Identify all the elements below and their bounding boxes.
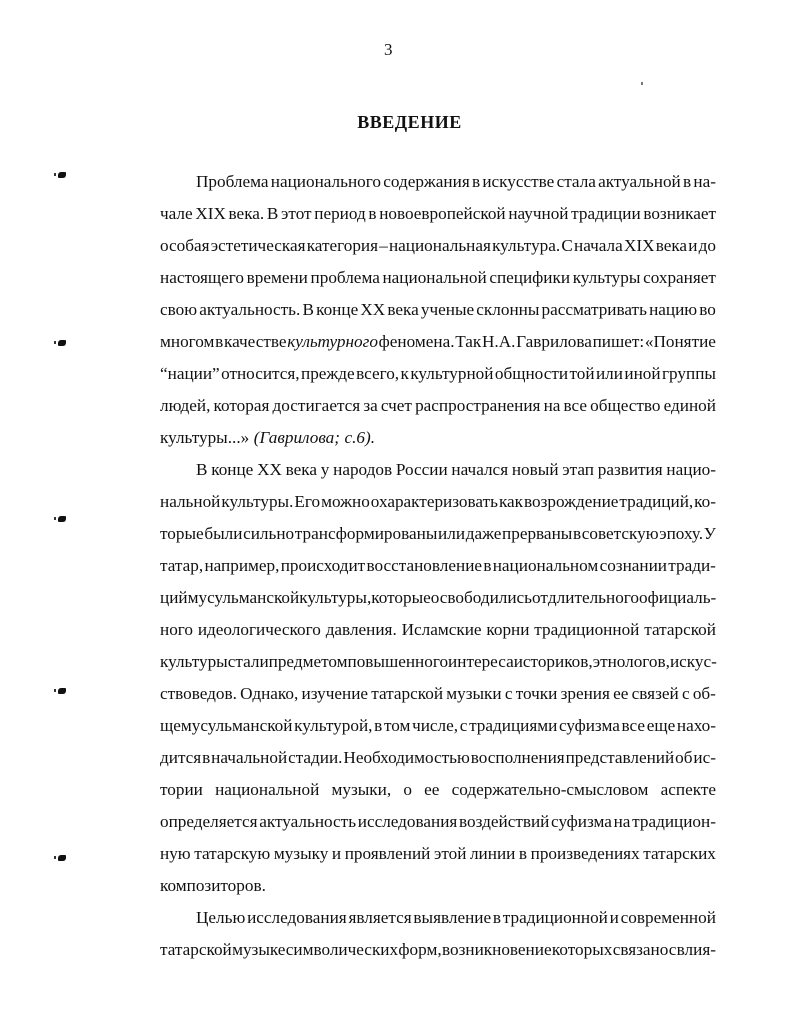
word: XX (257, 454, 282, 486)
word: в (368, 198, 376, 230)
word: специфики (489, 262, 570, 294)
word: национальной (382, 262, 486, 294)
word: возрождение (524, 486, 618, 518)
word: склонны (476, 294, 539, 326)
word: национальная (389, 230, 491, 262)
word: общество (590, 390, 660, 422)
word: достигается (273, 390, 361, 422)
word: стала (557, 166, 596, 198)
word: чале (160, 198, 193, 230)
word: времени (247, 262, 308, 294)
word: торые (160, 518, 204, 550)
margin-scan-mark (58, 172, 66, 178)
text-line: культуры...»(Гаврилова;с.6). (160, 422, 716, 454)
word: ций (160, 582, 188, 614)
word: связей (632, 678, 679, 710)
word: связано (613, 934, 669, 966)
word: традиции (571, 198, 640, 230)
text-line: нуютатарскуюмузыкуипроявленийэтойлиниивп… (160, 838, 716, 870)
word: начался (451, 454, 508, 486)
word: об (675, 742, 692, 774)
word: конце (316, 294, 358, 326)
word: сознании (600, 550, 667, 582)
word: рассматривать (542, 294, 647, 326)
word: в (683, 166, 691, 198)
word: с (682, 678, 690, 710)
word: – (379, 230, 388, 262)
word: даже (466, 518, 502, 550)
word: исследования (358, 806, 458, 838)
word: той (569, 358, 594, 390)
word: распространения (415, 390, 540, 422)
word: в (215, 326, 223, 358)
word: Проблема (196, 166, 269, 198)
word: культурой, (294, 710, 372, 742)
word: группы (662, 358, 716, 390)
text-line: циймусульманскойкультуры,которыеосвободи… (160, 582, 716, 614)
word: Н.А. (482, 326, 515, 358)
word: этап (562, 454, 594, 486)
word: свою (160, 294, 197, 326)
text-line: определяетсяактуальностьисследованиявозд… (160, 806, 716, 838)
word: искус- (670, 646, 717, 678)
word: культуры (160, 646, 228, 678)
word: века. (229, 198, 265, 230)
word: с (505, 678, 513, 710)
word: XIX (624, 230, 655, 262)
word: за (363, 390, 377, 422)
word: XIX (195, 198, 226, 230)
word: национальной (215, 774, 319, 806)
word: происходит (281, 550, 365, 582)
word: изучение (302, 678, 369, 710)
margin-scan-mark (58, 516, 66, 522)
word: в (493, 902, 501, 934)
text-line: татарскоймузыкесимволическихформ,возникн… (160, 934, 716, 966)
word: людей, (160, 390, 210, 422)
text-line: культурысталипредметомповышенногоинтерес… (160, 646, 716, 678)
word: возникает (643, 198, 716, 230)
word: нацио- (666, 454, 716, 486)
italic-word: с.6). (345, 422, 376, 454)
word: ис- (693, 742, 716, 774)
word: у (321, 454, 330, 486)
word: качестве (224, 326, 287, 358)
word: проявлений (345, 838, 431, 870)
word: «Понятие (645, 326, 716, 358)
word: ствоведов. (160, 678, 237, 710)
word: произведениях (531, 838, 640, 870)
word: с (460, 710, 468, 742)
word: начала (574, 230, 623, 262)
scan-speck (641, 82, 643, 85)
word: или (438, 518, 465, 550)
word: восполнения (471, 742, 565, 774)
word: XX (360, 294, 385, 326)
word: тории (160, 774, 203, 806)
word: и (688, 230, 697, 262)
word: этнологов, (593, 646, 670, 678)
word: ко- (694, 486, 716, 518)
word: длительного (548, 582, 639, 614)
word: аспекте (661, 774, 716, 806)
word: культуры. (221, 486, 293, 518)
word: единой (664, 390, 716, 422)
word: которых (552, 934, 612, 966)
margin-scan-mark (58, 855, 66, 861)
word: культурной (410, 358, 493, 390)
word: символических (286, 934, 398, 966)
word: общности (495, 358, 568, 390)
word: щемусульманской (160, 710, 292, 742)
word: татарской (644, 614, 716, 646)
text-line: ногоидеологическогодавления.Исламскиекор… (160, 614, 716, 646)
word: период (314, 198, 365, 230)
italic-word: культурного (287, 326, 378, 358)
word: феномена. (379, 326, 455, 358)
word: музыки (446, 678, 501, 710)
text-line: своюактуальность.ВконцеXXвекаученыесклон… (160, 294, 716, 326)
word: актуальность (259, 806, 356, 838)
word: зрения (561, 678, 610, 710)
word: Его (294, 486, 320, 518)
word: народов (333, 454, 392, 486)
word: в (202, 742, 210, 774)
word: искусстве (482, 166, 554, 198)
word: все (622, 710, 645, 742)
word: этой (434, 838, 466, 870)
word: которая (214, 390, 270, 422)
word: актуальной (598, 166, 681, 198)
word: ученые (421, 294, 474, 326)
word: культуры (573, 262, 641, 294)
text-line: чалеXIXвека.Вэтотпериодвновоевропейскойн… (160, 198, 716, 230)
word: суфизма (559, 710, 620, 742)
word: числе, (412, 710, 458, 742)
word: музыке (232, 934, 285, 966)
word: века (656, 230, 687, 262)
word: сохраняет (643, 262, 716, 294)
word: трансформированы (295, 518, 438, 550)
word: татарской (371, 678, 443, 710)
word: на (544, 390, 561, 422)
word: прерваны (502, 518, 572, 550)
word: давления. (326, 614, 397, 646)
word: возникновение (442, 934, 552, 966)
word: развития (598, 454, 663, 486)
word: суфизма (551, 806, 612, 838)
word: традиционной (503, 902, 608, 934)
word: Необходимостью (343, 742, 469, 774)
word: освободились (431, 582, 532, 614)
text-line: Проблеманациональногосодержаниявискусств… (160, 166, 716, 198)
word: традицион- (632, 806, 716, 838)
body-text: Проблеманациональногосодержаниявискусств… (160, 166, 716, 966)
word: ее (424, 774, 439, 806)
word: новый (512, 454, 559, 486)
text-line: нальнойкультуры.Егоможноохарактеризовать… (160, 486, 716, 518)
word: музыку (274, 838, 329, 870)
text-line: ствоведов.Однако,изучениетатарскоймузыки… (160, 678, 716, 710)
section-title: ВВЕДЕНИЕ (0, 112, 795, 133)
word: национального (271, 166, 381, 198)
word: У (704, 518, 716, 550)
word: “нации” (160, 358, 220, 390)
word: восстановление (366, 550, 482, 582)
word: Так (455, 326, 481, 358)
word: века (387, 294, 418, 326)
word: всего, (356, 358, 399, 390)
word: исследования (247, 902, 347, 934)
word: интереса (448, 646, 514, 678)
word: нальной (160, 486, 220, 518)
word: традициями (469, 710, 557, 742)
word: как (499, 486, 523, 518)
word: культура. (492, 230, 560, 262)
word: и (610, 902, 619, 934)
word: том (384, 710, 410, 742)
word: Исламские (402, 614, 482, 646)
text-line: ториинациональноймузыки,оеесодержательно… (160, 774, 716, 806)
word: еще (647, 710, 676, 742)
word: настоящего (160, 262, 244, 294)
word: счет (381, 390, 412, 422)
word: категория (307, 230, 378, 262)
word: советскую (582, 518, 659, 550)
page-number: 3 (384, 40, 414, 60)
text-line: щемусульманскойкультурой,втомчисле,страд… (160, 710, 716, 742)
text-line: многомвкачествекультурногофеномена.ТакН.… (160, 326, 716, 358)
word: культуры...» (160, 422, 249, 454)
word: нахо- (677, 710, 716, 742)
word: татарской (160, 934, 232, 966)
word: корни (486, 614, 529, 646)
text-line: людей,котораядостигаетсязасчетраспростра… (160, 390, 716, 422)
word: культуры, (299, 582, 371, 614)
word: на- (693, 166, 716, 198)
word: от (532, 582, 548, 614)
word: дится (160, 742, 201, 774)
word: относится, (221, 358, 299, 390)
word: конце (211, 454, 253, 486)
word: или (596, 358, 623, 390)
word: на (614, 806, 631, 838)
word: содержательно-смысловом (452, 774, 649, 806)
word: актуальность. (199, 294, 300, 326)
word: можно (321, 486, 370, 518)
italic-word: (Гаврилова; (254, 422, 340, 454)
word: тради- (668, 550, 716, 582)
word: в (519, 838, 527, 870)
word: в (573, 518, 581, 550)
word: татарскую (194, 838, 270, 870)
word: многом (160, 326, 214, 358)
word: с (669, 934, 677, 966)
word: татар, (160, 550, 203, 582)
word: века (286, 454, 317, 486)
word: эпоху. (659, 518, 703, 550)
word: пишет: (593, 326, 645, 358)
text-line: дитсявначальнойстадии.Необходимостьювосп… (160, 742, 716, 774)
word: особая (160, 230, 210, 262)
word: воздействий (459, 806, 549, 838)
word: В (196, 454, 207, 486)
word: определяется (160, 806, 258, 838)
word: ее (613, 678, 628, 710)
word: точки (516, 678, 558, 710)
word: Гаврилова (516, 326, 592, 358)
word: о (403, 774, 412, 806)
word: и (332, 838, 341, 870)
text-line: татар,например,происходитвосстановлениев… (160, 550, 716, 582)
text-line: Цельюисследованияявляетсявыявлениевтради… (160, 902, 716, 934)
text-line: ВконцеXXвекаународовРоссииначалсяновыйэт… (160, 454, 716, 486)
word: официаль- (639, 582, 716, 614)
word: начальной (211, 742, 287, 774)
word: стали (228, 646, 269, 678)
word: В (302, 294, 313, 326)
word: эстетическая (211, 230, 306, 262)
word: татарских (643, 838, 716, 870)
section-title-text: ВВЕДЕНИЕ (357, 112, 461, 133)
word: национальном (493, 550, 599, 582)
word: стадии. (288, 742, 342, 774)
text-line: “нации”относится,преждевсего,ккультурной… (160, 358, 716, 390)
word: предметом (269, 646, 348, 678)
word: содержания (383, 166, 470, 198)
word: России (396, 454, 448, 486)
word: в (483, 550, 491, 582)
word: В (267, 198, 278, 230)
word: С (561, 230, 572, 262)
text-line: настоящеговременипроблеманациональнойспе… (160, 262, 716, 294)
word: идеологического (198, 614, 321, 646)
margin-scan-mark (58, 340, 66, 346)
word: современной (621, 902, 716, 934)
word: традиционной (534, 614, 639, 646)
word: все (564, 390, 587, 422)
word: музыки, (331, 774, 391, 806)
word: были (204, 518, 242, 550)
word: до (699, 230, 716, 262)
word: ную (160, 838, 191, 870)
text-line: композиторов. (160, 870, 716, 902)
word: прежде (301, 358, 355, 390)
word: новоевропейской (379, 198, 505, 230)
word: иной (624, 358, 660, 390)
word: нацию (649, 294, 697, 326)
margin-scan-mark (58, 688, 66, 694)
word: форм, (398, 934, 441, 966)
word: Целью (196, 902, 245, 934)
word: является (348, 902, 411, 934)
text-line: торыебылисильнотрансформированыилидажепр… (160, 518, 716, 550)
word: сильно (243, 518, 294, 550)
word: линии (470, 838, 515, 870)
word: повышенного (348, 646, 449, 678)
word: представлений (566, 742, 675, 774)
word: научной (508, 198, 568, 230)
word: об- (693, 678, 716, 710)
word: которые (371, 582, 431, 614)
word: к (401, 358, 409, 390)
word: Однако, (240, 678, 298, 710)
word: в (374, 710, 382, 742)
word: в (472, 166, 480, 198)
word: мусульманской (188, 582, 300, 614)
word: этот (281, 198, 312, 230)
word: композиторов. (160, 870, 266, 902)
word: влия- (677, 934, 716, 966)
word: традиций, (619, 486, 693, 518)
word: охарактеризовать (371, 486, 498, 518)
text-line: особаяэстетическаякатегория–национальная… (160, 230, 716, 262)
word: во (699, 294, 716, 326)
word: историков, (514, 646, 593, 678)
word: например, (204, 550, 279, 582)
word: проблема (311, 262, 380, 294)
word: ного (160, 614, 193, 646)
word: выявление (413, 902, 491, 934)
